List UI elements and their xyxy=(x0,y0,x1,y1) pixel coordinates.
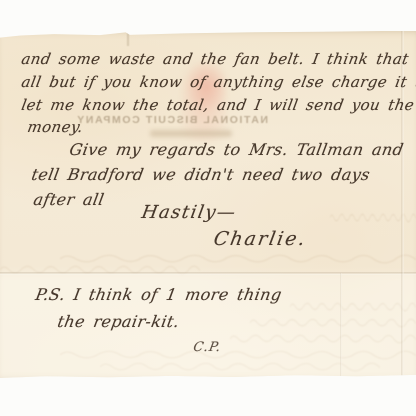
letter-paper: NATIONAL BISCUIT COMPANY xyxy=(0,31,416,378)
handwriting-line: Give my regards to Mrs. Tallman and xyxy=(68,140,405,159)
letterhead-bleedthrough-text: NATIONAL BISCUIT COMPANY xyxy=(88,114,268,126)
postscript-initials: C.P. xyxy=(192,340,223,355)
signature: Charlie. xyxy=(212,228,309,250)
postscript-line: the repair-kit. xyxy=(56,312,181,331)
handwriting-line: all but if you know of anything else cha… xyxy=(20,73,416,91)
top-edge-crease-mark xyxy=(127,31,129,46)
handwriting-line: after all xyxy=(32,190,106,209)
handwriting-line: let me know the total, and I will send y… xyxy=(20,96,416,114)
postscript-line: P.S. I think of 1 more thing xyxy=(34,285,283,304)
scanned-letter-image: NATIONAL BISCUIT COMPANY xyxy=(0,0,416,416)
handwriting-line: tell Bradford we didn't need two days xyxy=(30,165,372,184)
handwriting-line: money. xyxy=(26,118,85,136)
handwriting-line: and some waste and the fan belt. I think… xyxy=(20,50,416,68)
closing-salutation: Hastily— xyxy=(140,202,238,223)
vertical-fold-crease-middle xyxy=(340,273,342,378)
letterhead-subline-smudge xyxy=(150,130,232,137)
